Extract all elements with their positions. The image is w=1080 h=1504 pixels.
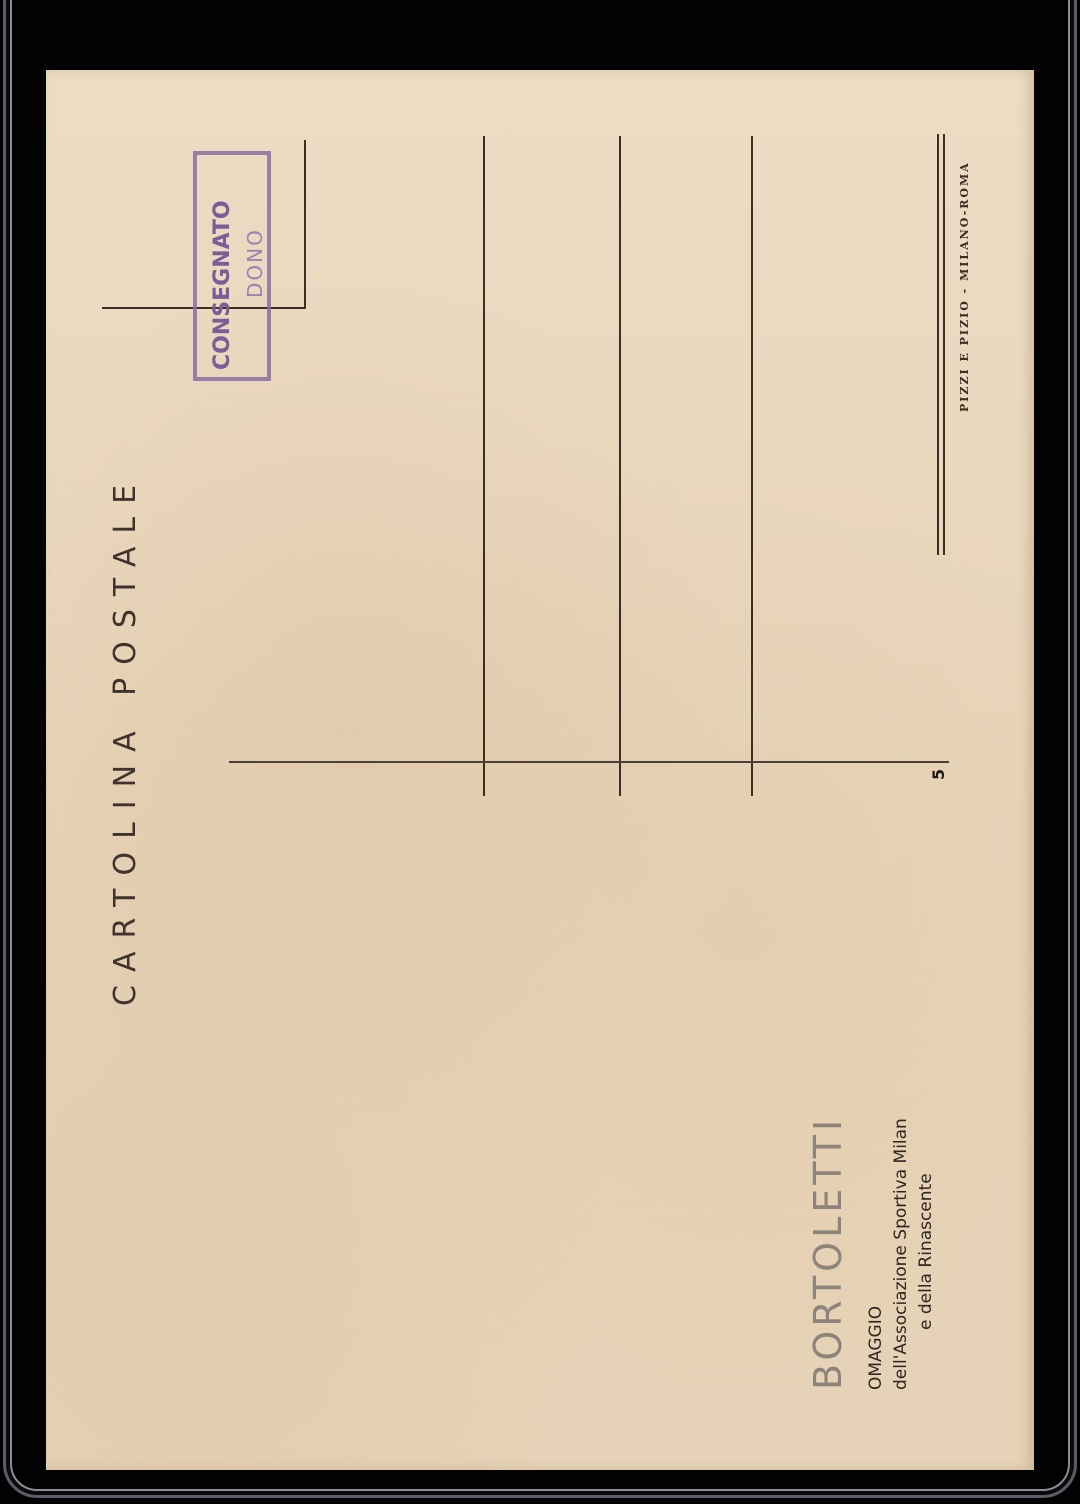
address-line-1 [483,136,485,796]
publisher-note: OMAGGIO dell'Associazione Sportiva Milan… [864,1118,939,1390]
postcard-title: CARTOLINA POSTALE [108,472,143,1006]
printer-credit: PIZZI E PIZIO - MILANO-ROMA [958,161,971,412]
stamp-text-dono: DONO [243,228,267,298]
stamp-box-vertical-line [304,140,306,309]
card-number: 5 [929,769,948,780]
printer-rule-2 [943,134,945,555]
publisher-note-line2: e della Rinascente [914,1118,939,1390]
handwritten-name: BORTOLETTI [806,1116,850,1390]
postcard-back: CARTOLINA POSTALE CONSEGNATO DONO PIZZI … [46,70,1034,1470]
center-divider-line [229,761,949,763]
address-line-2 [619,136,621,796]
printer-rule-1 [937,134,939,555]
address-line-3 [751,136,753,796]
publisher-note-heading: OMAGGIO [864,1118,889,1390]
stamp-text-consegnato: CONSEGNATO [210,200,235,370]
publisher-note-line1: dell'Associazione Sportiva Milan [889,1118,914,1390]
